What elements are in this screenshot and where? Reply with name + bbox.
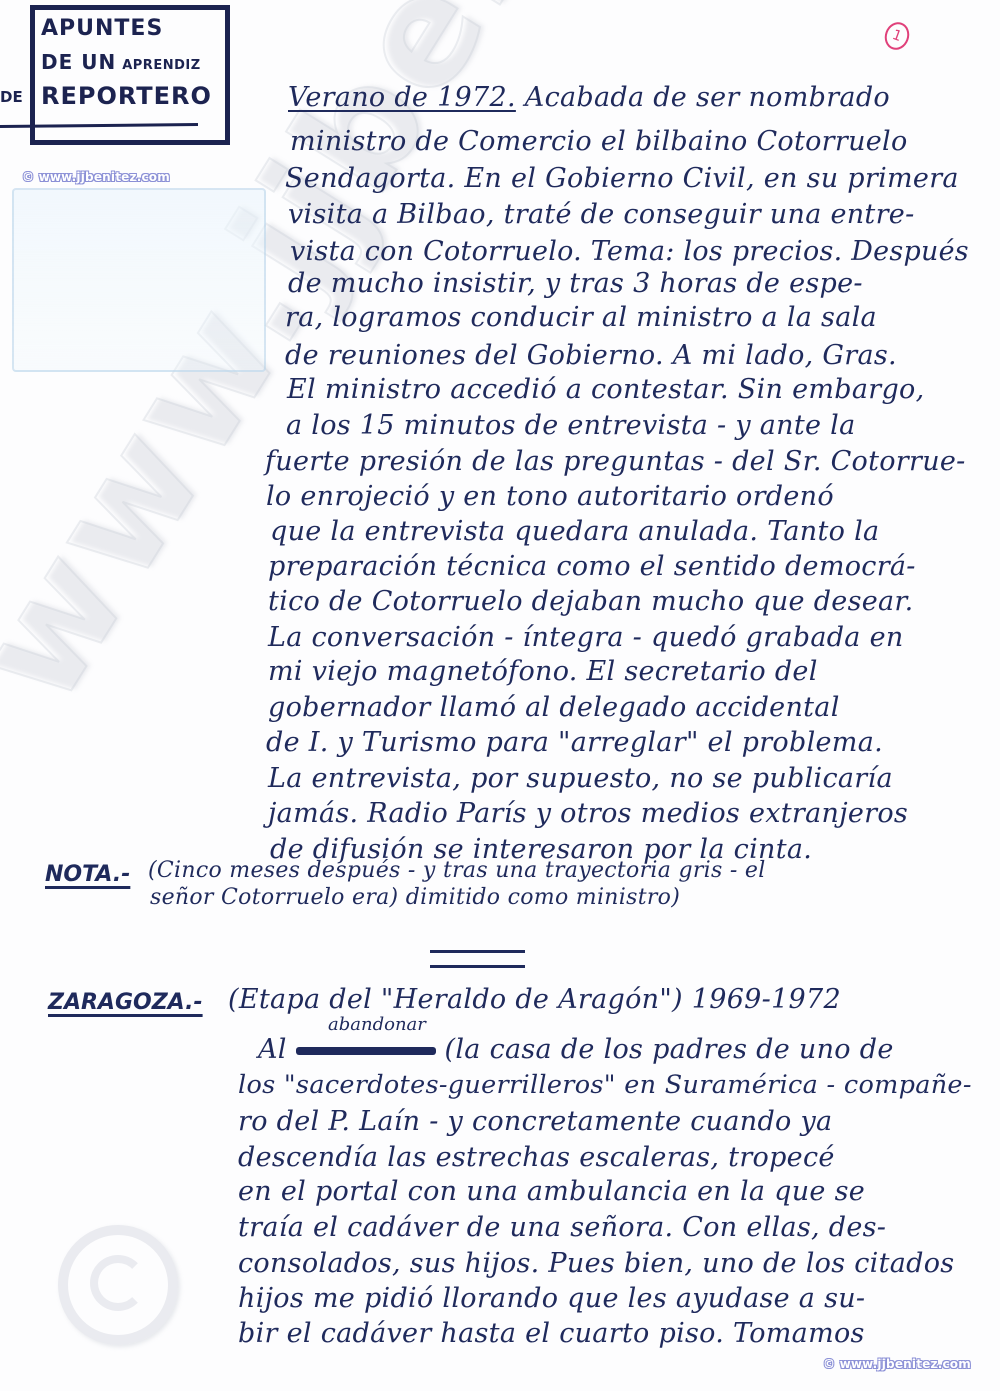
section2-line: consolados, sus hijos. Pues bien, uno de… (238, 1248, 954, 1279)
section2-first-prefix: Al (258, 1034, 287, 1065)
section1-line: lo enrojeció y en tono autoritario orden… (266, 481, 834, 512)
section-divider-bottom (430, 965, 525, 968)
section1-line: mi viejo magnetófono. El secretario del (268, 656, 818, 687)
section1-line: preparación técnica como el sentido demo… (268, 551, 916, 582)
title-line-1: APUNTES (41, 16, 163, 41)
section1-line: gobernador llamó al delegado accidental (268, 692, 840, 723)
section1-line-0: Acabada de ser nombrado (525, 82, 890, 113)
section1-line: de I. y Turismo para "arreglar" el probl… (266, 727, 883, 758)
section2-line: ro del P. Laín - y concretamente cuando … (238, 1106, 832, 1137)
section1-line: La conversación - íntegra - quedó grabad… (268, 622, 904, 653)
section1-line: vista con Cotorruelo. Tema: los precios.… (290, 236, 969, 267)
section1-line: La entrevista, por supuesto, no se publi… (268, 763, 893, 794)
section1-line: que la entrevista quedara anulada. Tanto… (270, 516, 879, 547)
watermark-label-top: © www.jjbenitez.com (22, 170, 170, 184)
section1-line: fuerte presión de las preguntas - del Sr… (265, 446, 966, 477)
title-line-3: REPORTERO (41, 82, 212, 110)
section2-insert-word: abandonar (328, 1014, 426, 1035)
section2-first-rest: (la casa de los padres de uno de (445, 1034, 894, 1065)
section2-line: traía el cadáver de una señora. Con ella… (238, 1212, 886, 1243)
section1-line: de mucho insistir, y tras 3 horas de esp… (288, 268, 863, 299)
nota-line-2: señor Cotorruelo era) dimitido como mini… (150, 885, 680, 910)
section1-line: a los 15 minutos de entrevista - y ante … (286, 410, 856, 441)
title-line-2: DE UNAPRENDIZ (41, 50, 201, 74)
section1-line: de reuniones del Gobierno. A mi lado, Gr… (285, 340, 897, 371)
section2-line: los "sacerdotes-guerrilleros" en Suramér… (238, 1070, 972, 1100)
manuscript-page: www.jjbenitez.com APUNTES DE UNAPRENDIZ … (0, 0, 1000, 1391)
struck-out-text (296, 1047, 436, 1055)
section2-first-line: Al (la casa de los padres de uno de (258, 1034, 894, 1065)
section2-line: hijos me pidió llorando que les ayudase … (238, 1283, 865, 1314)
section2-subtitle: (Etapa del "Heraldo de Aragón") 1969-197… (228, 984, 841, 1015)
faded-bleedthrough-box (12, 188, 266, 372)
section1-heading: Verano de 1972. (288, 82, 516, 113)
title-line-2-small: APRENDIZ (122, 58, 200, 73)
section1-line: ra, logramos conducir al ministro a la s… (285, 302, 877, 333)
title-prefix: DE (0, 88, 23, 106)
section2-line: descendía las estrechas escaleras, trope… (238, 1142, 835, 1173)
section1-line: visita a Bilbao, traté de conseguir una … (288, 199, 915, 230)
section1-line: jamás. Radio París y otros medios extran… (268, 798, 908, 829)
section1-first-line: Verano de 1972. Acabada de ser nombrado (288, 82, 890, 113)
nota-label: NOTA.- (45, 862, 130, 887)
title-line-2-main: DE UN (41, 50, 116, 74)
section2-heading: ZARAGOZA.- (48, 990, 203, 1015)
section1-line: Sendagorta. En el Gobierno Civil, en su … (285, 163, 959, 194)
copyright-watermark-icon (58, 1225, 178, 1345)
section1-line: El ministro accedió a contestar. Sin emb… (287, 374, 925, 405)
section-divider-top (430, 950, 525, 953)
nota-line-1: (Cinco meses después - y tras una trayec… (148, 858, 766, 883)
section2-line: en el portal con una ambulancia en la qu… (238, 1176, 865, 1207)
watermark-label-bottom: © www.jjbenitez.com (823, 1357, 971, 1371)
section1-line: tico de Cotorruelo dejaban mucho que des… (268, 586, 914, 617)
section1-line: ministro de Comercio el bilbaino Cotorru… (290, 126, 908, 157)
page-number-circled: 1 (881, 19, 913, 54)
section2-line: bir el cadáver hasta el cuarto piso. Tom… (238, 1318, 865, 1349)
